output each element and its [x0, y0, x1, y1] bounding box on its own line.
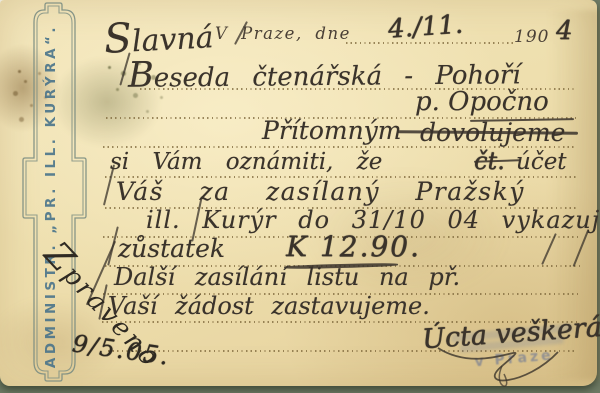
handwritten-year-digit: 4	[556, 18, 573, 44]
date-fill-line	[346, 42, 514, 44]
body-line-5-word: zůstatek	[118, 236, 225, 261]
salutation-line: Slavná	[103, 13, 214, 59]
body-line-1-word-1: Přítomným	[262, 118, 402, 143]
body-line-4: ill. Kurýr do 31/10 04 vykazuje	[146, 208, 600, 232]
signature-flourish	[430, 336, 580, 388]
scanned-postcard-scene: ADMINISTR. „PR. ILL. KURÝRA“. V Praze, d…	[0, 0, 600, 393]
printed-year-prefix: 190	[514, 27, 549, 47]
body-line-7: Vaší žádost zastavujeme.	[108, 294, 430, 318]
cancel-mark-speckles	[108, 66, 111, 69]
ink-stroke	[573, 229, 590, 267]
body-line-3: Váš za zasílaný Pražský	[116, 179, 525, 204]
body-line-5-amount: K 12.90.	[286, 233, 421, 261]
address-line-2: p. Opočno	[415, 89, 549, 115]
masthead-vertical-text: ADMINISTR. „PR. ILL. KURÝRA“.	[43, 21, 67, 371]
handwritten-date: 4./11.	[387, 11, 464, 42]
postcard: ADMINISTR. „PR. ILL. KURÝRA“. V Praze, d…	[0, 0, 597, 386]
ink-stroke	[103, 164, 115, 205]
body-line-2-last-word: účet	[516, 151, 567, 174]
body-line-2: si Vám oznámiti, že	[110, 151, 382, 174]
